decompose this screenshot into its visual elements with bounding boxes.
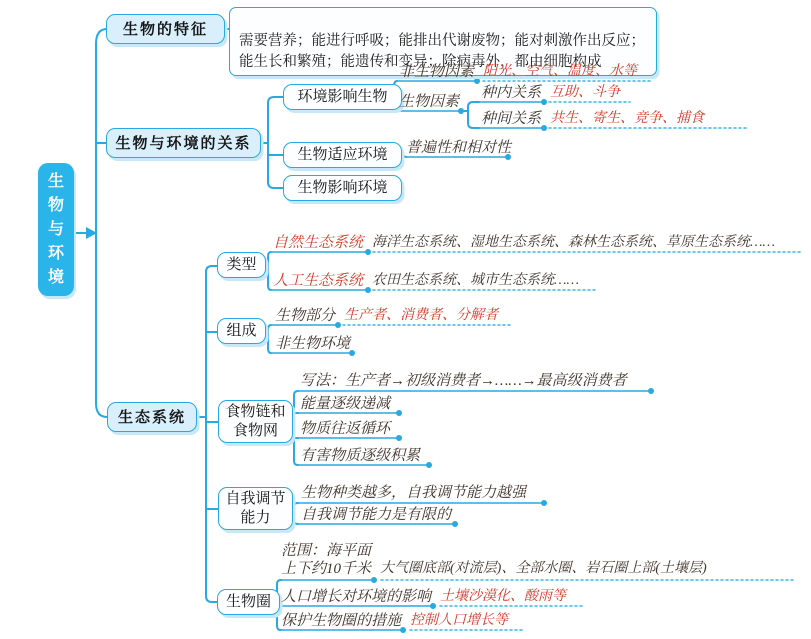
annotation-regulation-limited: 自我调节能力是有限的 bbox=[301, 506, 451, 524]
annotation-detail: 农田生态系统、城市生态系统…… bbox=[372, 272, 579, 290]
annotation-biotic-part: 生物部分 生产者、消费者、分解者 bbox=[275, 307, 498, 325]
branch-biological-features: 生物的特征 bbox=[106, 14, 225, 44]
annotation-category: 自我调节能力是有限的 bbox=[301, 506, 451, 524]
annotation-category: 非生物环境 bbox=[275, 335, 350, 353]
node-self-regulation: 自我调节 能力 bbox=[218, 487, 293, 530]
annotation-protect-measures: 保护生物圈的措施 控制人口增长等 bbox=[281, 612, 508, 630]
node-ecosystem-composition: 组成 bbox=[217, 318, 266, 344]
annotation-natural-ecosystems: 自然生态系统 海洋生态系统、湿地生态系统、森林生态系统、草原生态系统…… bbox=[273, 234, 775, 252]
annotation-artificial-ecosystems: 人工生态系统 农田生态系统、城市生态系统…… bbox=[273, 272, 579, 290]
annotation-category: 有害物质逐级积累 bbox=[300, 447, 420, 465]
annotation-category: 种间关系 bbox=[481, 110, 541, 128]
node-label: 生物适应环境 bbox=[297, 146, 387, 165]
annotation-abiotic-environment: 非生物环境 bbox=[275, 335, 350, 353]
node-ecosystem-types: 类型 bbox=[217, 252, 266, 278]
node-label: 生物影响环境 bbox=[297, 179, 387, 198]
branch-organism-environment-relationship: 生物与环境的关系 bbox=[106, 128, 261, 158]
annotation-harmful-accumulation: 有害物质逐级积累 bbox=[300, 447, 420, 465]
annotation-energy-decrease: 能量逐级递减 bbox=[300, 395, 390, 413]
node-environment-affects-organisms: 环境影响生物 bbox=[283, 84, 402, 110]
annotation-category: 生物因素 bbox=[399, 93, 459, 111]
annotation-category: 范围：海平面 上下约10千米 bbox=[281, 542, 371, 578]
branch-ecosystem: 生态系统 bbox=[107, 402, 197, 432]
annotation-more-species-stronger: 生物种类越多，自我调节能力越强 bbox=[301, 484, 526, 502]
mind-map: 生物与环境 生物的特征 需要营养；能进行呼吸；能排出代谢废物；能对刺激作出反应；… bbox=[0, 0, 811, 639]
annotation-category: 写法：生产者→初级消费者→……→最高级消费者 bbox=[300, 372, 627, 390]
annotation-interspecific: 种间关系 共生、寄生、竞争、捕食 bbox=[481, 110, 704, 128]
node-label: 环境影响生物 bbox=[297, 88, 387, 107]
node-organisms-adapt-environment: 生物适应环境 bbox=[283, 142, 402, 168]
annotation-biotic-factors: 生物因素 bbox=[399, 93, 459, 111]
annotation-detail: 阳光、空气、温度、水等 bbox=[483, 63, 637, 81]
annotation-detail: 大气圈底部(对流层)、全部水圈、岩石圈上部(土壤层) bbox=[380, 560, 707, 578]
annotation-detail: 海洋生态系统、湿地生态系统、森林生态系统、草原生态系统…… bbox=[372, 234, 775, 252]
annotation-category: 物质往返循环 bbox=[300, 420, 390, 438]
node-label: 生物圈 bbox=[226, 593, 271, 612]
branch-label: 生物与环境的关系 bbox=[115, 134, 251, 153]
annotation-category: 生物部分 bbox=[275, 307, 335, 325]
annotation-category: 能量逐级递减 bbox=[300, 395, 390, 413]
annotation-category: 自然生态系统 bbox=[273, 234, 363, 252]
node-food-chain-web: 食物链和 食物网 bbox=[218, 400, 293, 443]
annotation-intraspecific: 种内关系 互助、斗争 bbox=[481, 84, 620, 102]
annotation-detail: 共生、寄生、竞争、捕食 bbox=[550, 110, 704, 128]
root-node: 生物与环境 bbox=[38, 163, 74, 296]
annotation-detail: 互助、斗争 bbox=[550, 84, 620, 102]
annotation-category: 生物种类越多，自我调节能力越强 bbox=[301, 484, 526, 502]
root-label: 生物与环境 bbox=[48, 170, 65, 290]
annotation-detail: 控制人口增长等 bbox=[410, 612, 508, 630]
annotation-category: 人工生态系统 bbox=[273, 272, 363, 290]
node-label: 类型 bbox=[226, 256, 256, 275]
annotation-matter-cycle: 物质往返循环 bbox=[300, 420, 390, 438]
annotation-population-impact: 人口增长对环境的影响 土壤沙漠化、酸雨等 bbox=[281, 588, 566, 606]
annotation-detail: 生产者、消费者、分解者 bbox=[344, 307, 498, 325]
node-biosphere: 生物圈 bbox=[217, 589, 280, 615]
annotation-abiotic-factors: 非生物因素 阳光、空气、温度、水等 bbox=[399, 63, 637, 81]
annotation-adaptation-note: 普遍性和相对性 bbox=[406, 139, 511, 157]
annotation-category: 种内关系 bbox=[481, 84, 541, 102]
annotation-category: 保护生物圈的措施 bbox=[281, 612, 401, 630]
annotation-category: 非生物因素 bbox=[399, 63, 474, 81]
node-label: 自我调节 能力 bbox=[225, 490, 285, 528]
annotation-category: 人口增长对环境的影响 bbox=[281, 588, 431, 606]
annotation-biosphere-range: 范围：海平面 上下约10千米 大气圈底部(对流层)、全部水圈、岩石圈上部(土壤层… bbox=[281, 542, 707, 578]
node-organisms-affect-environment: 生物影响环境 bbox=[283, 175, 402, 201]
annotation-foodchain-writing: 写法：生产者→初级消费者→……→最高级消费者 bbox=[300, 372, 627, 390]
annotation-category: 普遍性和相对性 bbox=[406, 139, 511, 157]
node-label: 组成 bbox=[226, 322, 256, 341]
branch-label: 生态系统 bbox=[118, 408, 186, 427]
node-label: 食物链和 食物网 bbox=[225, 403, 285, 441]
branch-label: 生物的特征 bbox=[123, 20, 208, 39]
annotation-detail: 土壤沙漠化、酸雨等 bbox=[440, 588, 566, 606]
